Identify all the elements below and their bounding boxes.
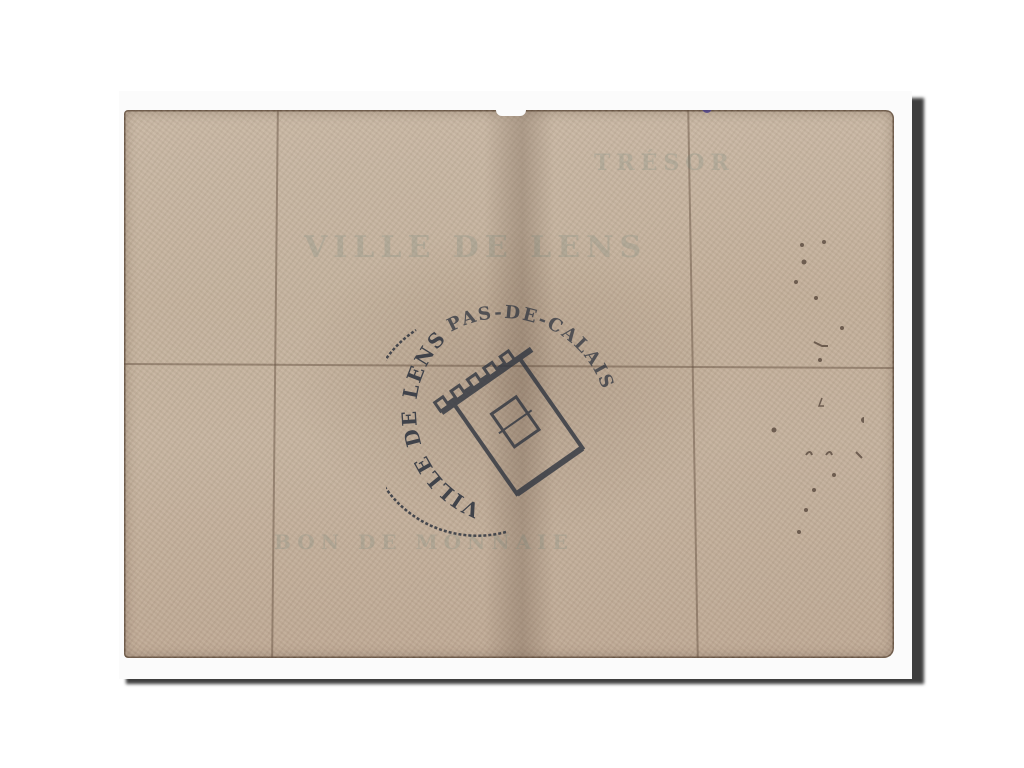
banknote-reverse: TRÉSOR VILLE DE LENS BON DE MONNAIE VILL… xyxy=(124,110,894,658)
ghost-text-middle: VILLE DE LENS xyxy=(304,230,647,265)
ghost-text-top: TRÉSOR xyxy=(594,150,735,176)
stamp-text-left: VILLE DE LENS xyxy=(397,325,484,523)
municipal-stamp: VILLE DE LENS PAS-DE-CALAIS xyxy=(386,300,626,540)
castle-tower-icon: VILLE DE LENS PAS-DE-CALAIS xyxy=(386,300,626,540)
image-stage: TRÉSOR VILLE DE LENS BON DE MONNAIE VILL… xyxy=(0,0,1024,768)
handwritten-marks xyxy=(744,230,864,550)
paper-tear-notch xyxy=(496,110,526,116)
svg-text:VILLE DE LENS: VILLE DE LENS xyxy=(397,325,484,523)
